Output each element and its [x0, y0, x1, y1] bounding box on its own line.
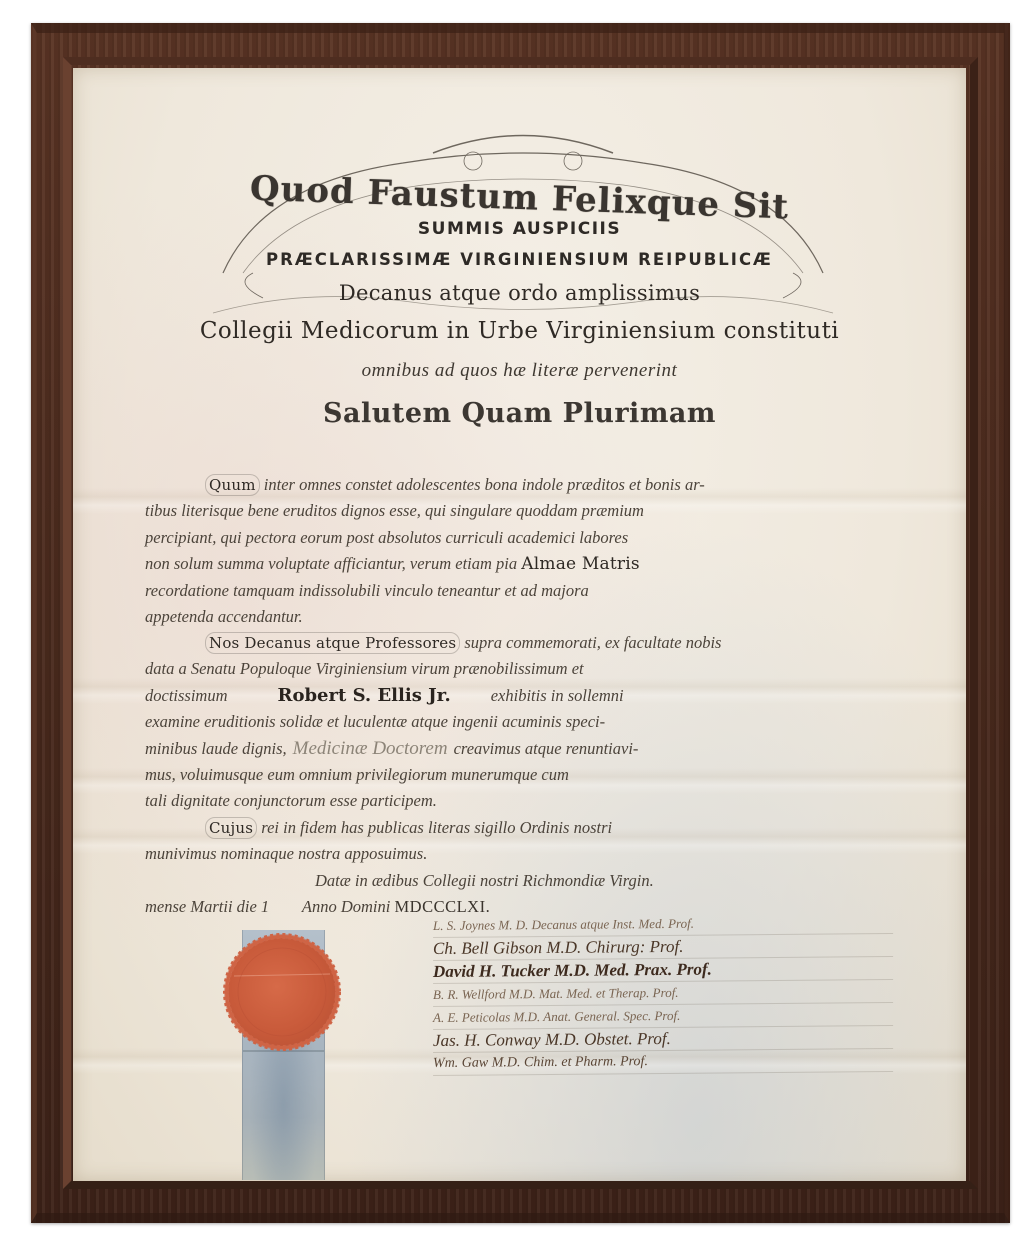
heading-collegii: Collegii Medicorum in Urbe Virginiensium…	[73, 318, 966, 344]
heading-omnibus: omnibus ad quos hæ literæ pervenerint	[73, 360, 966, 382]
faculty-signatures: L. S. Joynes M. D. Decanus atque Inst. M…	[433, 913, 893, 1074]
heading-summis-auspiciis: SUMMIS AUSPICIIS	[73, 219, 966, 239]
text-line: mus, voluimusque eum omnium privilegioru…	[145, 762, 885, 788]
diploma-paper: Quod Faustum Felixque Sit SUMMIS AUSPICI…	[73, 68, 966, 1181]
text-line: percipiant, qui pectora eorum post absol…	[145, 525, 885, 551]
lead-word: Cujus	[205, 817, 257, 839]
text-line: minibus laude dignis,	[145, 739, 287, 758]
text-line: data a Senatu Populoque Virginiensium vi…	[145, 656, 885, 682]
signature: Wm. Gaw M.D. Chim. et Pharm. Prof.	[433, 1049, 893, 1076]
text-line: munivimus nominaque nostra apposuimus.	[145, 841, 885, 867]
heading-republic: PRÆCLARISSIMÆ VIRGINIENSIUM REIPUBLICÆ	[73, 250, 966, 269]
paragraph-nos-decanus: Nos Decanus atque Professores supra comm…	[145, 630, 885, 815]
text-line: tibus literisque bene eruditos dignos es…	[145, 498, 885, 524]
text-line: supra commemorati, ex facultate nobis	[464, 633, 721, 652]
degree-title: Medicinæ Doctorem	[287, 738, 454, 759]
heading-decanus: Decanus atque ordo amplissimus	[73, 281, 966, 305]
text-line: doctissimum	[145, 686, 228, 705]
text-line: rei in fidem has publicas literas sigill…	[261, 818, 612, 837]
recipient-name: Robert S. Ellis Jr.	[228, 685, 491, 706]
anno-domini: Anno Domini	[302, 897, 390, 916]
dated-month: mense Martii die 1	[145, 897, 269, 916]
paragraph-cujus: Cujus rei in fidem has publicas literas …	[145, 815, 885, 921]
text-line: recordatione tamquam indissolubili vincu…	[145, 578, 885, 604]
text-line: creavimus atque renuntiavi-	[454, 739, 639, 758]
lead-word: Quum	[205, 474, 260, 496]
alma-mater: Almae Matris	[521, 554, 640, 574]
text-line: tali dignitate conjunctorum esse partici…	[145, 788, 885, 814]
paragraph-quum: Quum inter omnes constet adolescentes bo…	[145, 472, 885, 630]
text-line: appetenda accendantur.	[145, 604, 885, 630]
text-line: inter omnes constet adolescentes bona in…	[264, 475, 705, 494]
lead-phrase: Nos Decanus atque Professores	[205, 632, 460, 654]
heading-salutem: Salutem Quam Plurimam	[73, 398, 966, 429]
dated-line: Datæ in ædibus Collegii nostri Richmondi…	[145, 868, 885, 894]
text-line: exhibitis in sollemni	[491, 686, 624, 705]
seal-icon	[228, 938, 336, 1046]
text-line: examine eruditionis solidæ et luculentæ …	[145, 709, 885, 735]
text-line: non solum summa voluptate afficiantur, v…	[145, 554, 517, 573]
